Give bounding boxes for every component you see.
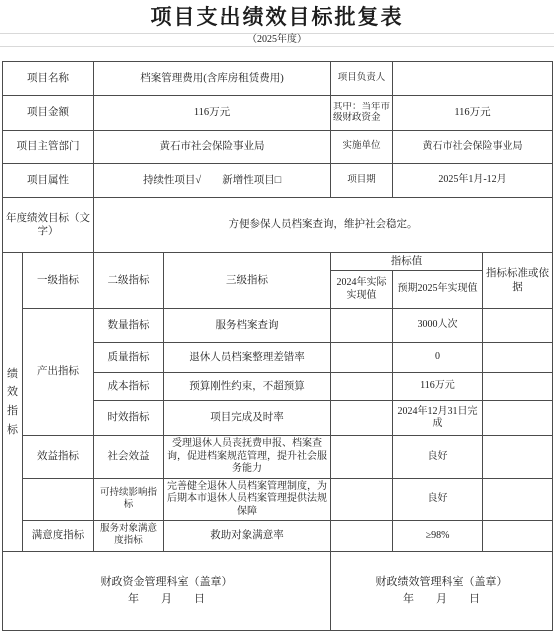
level3-cost: 预算刚性约束，不超预算 [164, 373, 331, 401]
satisfaction-actual-2024 [331, 521, 393, 552]
sustainable-expected-2025: 良好 [393, 479, 483, 521]
header-level2: 二级指标 [94, 253, 164, 309]
row-competent-dept: 项目主管部门 黄石市社会保险事业局 实施单位 黄石市社会保险事业局 [3, 131, 553, 164]
annual-goal-label: 年度绩效目标（文字） [3, 198, 94, 253]
cost-expected-2025: 116万元 [393, 373, 483, 401]
row-project-amount: 项目金额 116万元 其中：当年市级财政资金 116万元 [3, 96, 553, 131]
header-level1: 一级指标 [23, 253, 94, 309]
quality-actual-2024 [331, 343, 393, 373]
level3-satisfaction: 救助对象满意率 [164, 521, 331, 552]
fund-office-date: 年 月 日 [5, 593, 328, 607]
implement-unit-value: 黄石市社会保险事业局 [393, 131, 553, 164]
header-expected-2025: 预期2025年实现值 [393, 271, 483, 309]
perf-side-label: 绩效指标 [3, 253, 23, 552]
header-actual-2024: 2024年实际实现值 [331, 271, 393, 309]
page-title: 项目支出绩效目标批复表 [0, 0, 554, 34]
page-subtitle: （2025年度） [0, 34, 554, 47]
header-level3: 三级指标 [164, 253, 331, 309]
city-fund-value: 116万元 [393, 96, 553, 131]
timeliness-standard [483, 401, 553, 436]
header-standard: 指标标准或依据 [483, 253, 553, 309]
competent-dept-value: 黄石市社会保险事业局 [94, 131, 331, 164]
row-project-attribute: 项目属性 持续性项目√ 新增性项目□ 项目期 2025年1月-12月 [3, 164, 553, 198]
competent-dept-label: 项目主管部门 [3, 131, 94, 164]
timeliness-expected-2025: 2024年12月31日完成 [393, 401, 483, 436]
row-indicator-header-top: 绩效指标 一级指标 二级指标 三级指标 指标值 指标标准或依据 [3, 253, 553, 271]
row-quantity-indicator: 产出指标 数量指标 服务档案查询 3000人次 [3, 309, 553, 343]
quality-standard [483, 343, 553, 373]
approval-form-table: 项目名称 档案管理费用(含库房租赁费用) 项目负责人 项目金额 116万元 其中… [2, 61, 553, 631]
approval-form-document: 项目支出绩效目标批复表 （2025年度） 项目名称 档案管理费用(含库房租赁费用… [0, 0, 554, 632]
social-expected-2025: 良好 [393, 436, 483, 479]
level2-sustainable: 可持续影响指标 [94, 479, 164, 521]
quality-expected-2025: 0 [393, 343, 483, 373]
row-signatures: 财政资金管理科室（盖章） 年 月 日 财政绩效管理科室（盖章） 年 月 日 [3, 552, 553, 631]
level2-quantity: 数量指标 [94, 309, 164, 343]
project-amount-label: 项目金额 [3, 96, 94, 131]
title-block: 项目支出绩效目标批复表 （2025年度） [0, 0, 554, 61]
social-actual-2024 [331, 436, 393, 479]
quantity-expected-2025: 3000人次 [393, 309, 483, 343]
cost-actual-2024 [331, 373, 393, 401]
project-leader-value [393, 62, 553, 96]
implement-unit-label: 实施单位 [331, 131, 393, 164]
timeliness-actual-2024 [331, 401, 393, 436]
performance-office-name: 财政绩效管理科室（盖章） [333, 576, 550, 590]
quantity-standard [483, 309, 553, 343]
project-name-label: 项目名称 [3, 62, 94, 96]
satisfaction-standard [483, 521, 553, 552]
level2-social-benefit: 社会效益 [94, 436, 164, 479]
level1-satisfaction: 满意度指标 [23, 521, 94, 552]
level3-quality: 退休人员档案整理差错率 [164, 343, 331, 373]
level3-quantity: 服务档案查询 [164, 309, 331, 343]
project-attribute-label: 项目属性 [3, 164, 94, 198]
level2-quality: 质量指标 [94, 343, 164, 373]
level3-timeliness: 项目完成及时率 [164, 401, 331, 436]
level3-social-benefit: 受理退休人员丧抚费申报、档案查询，促进档案规范管理，提升社会服务能力 [164, 436, 331, 479]
level1-output-indicator: 产出指标 [23, 309, 94, 436]
level1-sustainable-empty [23, 479, 94, 521]
signature-performance-office: 财政绩效管理科室（盖章） 年 月 日 [331, 552, 553, 631]
city-fund-label: 其中：当年市级财政资金 [331, 96, 393, 131]
signature-fund-office: 财政资金管理科室（盖章） 年 月 日 [3, 552, 331, 631]
level2-cost: 成本指标 [94, 373, 164, 401]
level2-timeliness: 时效指标 [94, 401, 164, 436]
project-period-label: 项目期 [331, 164, 393, 198]
row-project-name: 项目名称 档案管理费用(含库房租赁费用) 项目负责人 [3, 62, 553, 96]
project-leader-label: 项目负责人 [331, 62, 393, 96]
project-period-value: 2025年1月-12月 [393, 164, 553, 198]
sustainable-standard [483, 479, 553, 521]
project-amount-value: 116万元 [94, 96, 331, 131]
level2-satisfaction: 服务对象满意度指标 [94, 521, 164, 552]
row-social-benefit: 效益指标 社会效益 受理退休人员丧抚费申报、档案查询，促进档案规范管理，提升社会… [3, 436, 553, 479]
sustainable-actual-2024 [331, 479, 393, 521]
spacer-row [0, 47, 554, 61]
level3-sustainable: 完善健全退休人员档案管理制度，为后期本市退休人员档案管理提供法规保障 [164, 479, 331, 521]
social-standard [483, 436, 553, 479]
cost-standard [483, 373, 553, 401]
header-value-group: 指标值 [331, 253, 483, 271]
performance-office-date: 年 月 日 [333, 593, 550, 607]
quantity-actual-2024 [331, 309, 393, 343]
row-sustainable-impact: 可持续影响指标 完善健全退休人员档案管理制度，为后期本市退休人员档案管理提供法规… [3, 479, 553, 521]
satisfaction-expected-2025: ≥98% [393, 521, 483, 552]
fund-office-name: 财政资金管理科室（盖章） [5, 576, 328, 590]
project-name-value: 档案管理费用(含库房租赁费用) [94, 62, 331, 96]
row-annual-goal: 年度绩效目标（文字） 方便参保人员档案查询，维护社会稳定。 [3, 198, 553, 253]
level1-benefit-indicator: 效益指标 [23, 436, 94, 479]
row-satisfaction-indicator: 满意度指标 服务对象满意度指标 救助对象满意率 ≥98% [3, 521, 553, 552]
project-attribute-value: 持续性项目√ 新增性项目□ [94, 164, 331, 198]
annual-goal-value: 方便参保人员档案查询，维护社会稳定。 [94, 198, 553, 253]
